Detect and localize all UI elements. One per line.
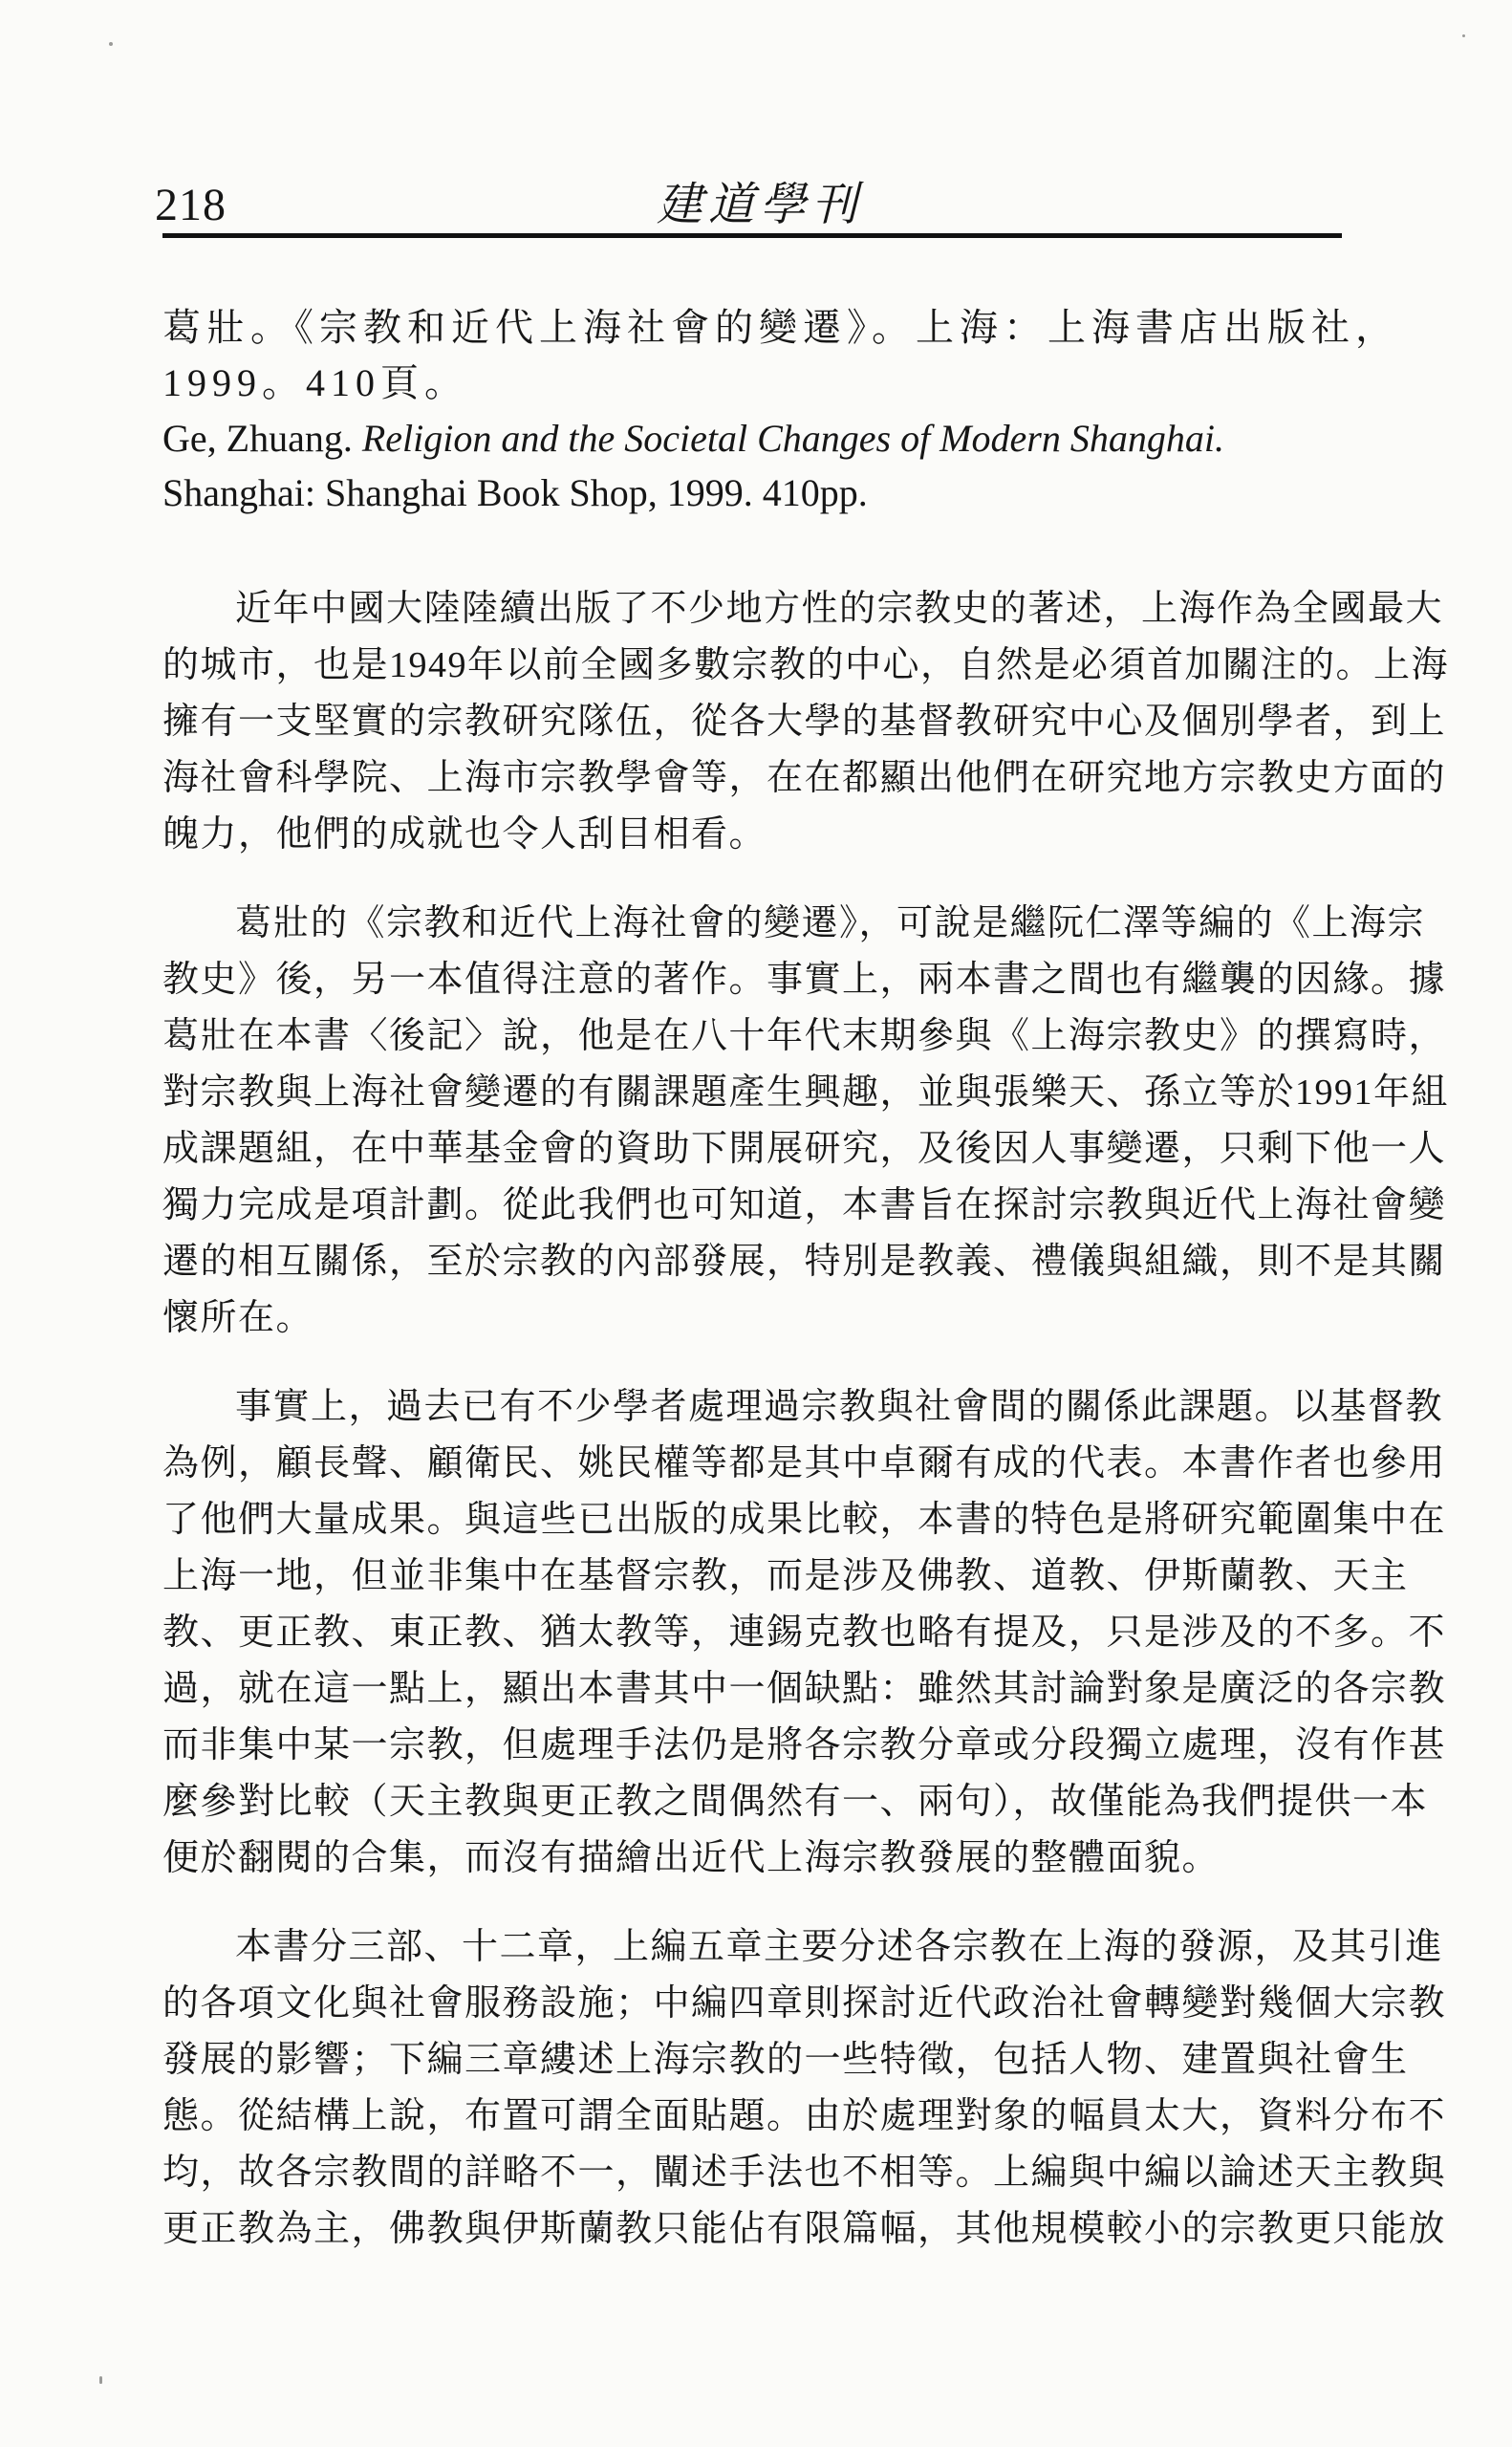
text-line: 事實上，過去已有不少學者處理過宗教與社會間的關係此課題。以基督教 (162, 1379, 1357, 1436)
text-line: 麼參對比較（天主教與更正教之間偶然有一、兩句），故僅能為我們提供一本 (162, 1774, 1357, 1830)
text-line: 的城市，也是1949年以前全國多數宗教的中心，自然是必須首加關注的。上海 (162, 638, 1357, 694)
text-line: 葛壯。《宗教和近代上海社會的變遷》。上海：上海書店出版社， (162, 300, 1357, 356)
text-line: 成課題組，在中華基金會的資助下開展研究，及後因人事變遷，只剩下他一人 (162, 1121, 1357, 1178)
text-line: 教、更正教、東正教、猶太教等，連錫克教也略有提及，只是涉及的不多。不 (162, 1605, 1357, 1661)
scan-artifact (99, 2376, 102, 2384)
text-line: 更正教為主，佛教與伊斯蘭教只能佔有限篇幅，其他規模較小的宗教更只能放 (162, 2201, 1357, 2258)
text-line: 魄力，他們的成就也令人刮目相看。 (162, 807, 1357, 863)
book-citation: 葛壯。《宗教和近代上海社會的變遷》。上海：上海書店出版社，1999。410頁。 … (162, 300, 1357, 520)
citation-author: Ge, Zhuang. (162, 417, 362, 460)
text-line: 均，故各宗教間的詳略不一，闡述手法也不相等。上編與中編以論述天主教與 (162, 2145, 1357, 2201)
text-line: 本書分三部、十二章，上編五章主要分述各宗教在上海的發源，及其引進 (162, 1919, 1357, 1976)
text-line: 海社會科學院、上海市宗教學會等，在在都顯出他們在研究地方宗教史方面的 (162, 750, 1357, 807)
citation-english-line2: Shanghai: Shanghai Book Shop, 1999. 410p… (162, 466, 1357, 520)
text-line: 便於翻閱的合集，而沒有描繪出近代上海宗教發展的整體面貌。 (162, 1830, 1357, 1887)
text-line: 發展的影響；下編三章縷述上海宗教的一些特徵，包括人物、建置與社會生 (162, 2032, 1357, 2089)
text-line: 過，就在這一點上，顯出本書其中一個缺點：雖然其討論對象是廣泛的各宗教 (162, 1661, 1357, 1718)
text-line: 葛壯的《宗教和近代上海社會的變遷》，可說是繼阮仁澤等編的《上海宗 (162, 896, 1357, 952)
text-line: 為例，顧長聲、顧衛民、姚民權等都是其中卓爾有成的代表。本書作者也參用 (162, 1436, 1357, 1492)
text-line: 的各項文化與社會服務設施；中編四章則探討近代政治社會轉變對幾個大宗教 (162, 1976, 1357, 2032)
text-line: 葛壯在本書〈後記〉說，他是在八十年代末期參與《上海宗教史》的撰寫時， (162, 1008, 1357, 1065)
review-paragraph-1: 近年中國大陸陸續出版了不少地方性的宗教史的著述，上海作為全國最大的城市，也是19… (162, 581, 1357, 863)
review-paragraph-4: 本書分三部、十二章，上編五章主要分述各宗教在上海的發源，及其引進的各項文化與社會… (162, 1919, 1357, 2258)
header-rule (162, 233, 1342, 238)
text-line: 擁有一支堅實的宗教研究隊伍，從各大學的基督教研究中心及個別學者，到上 (162, 694, 1357, 750)
review-body: 近年中國大陸陸續出版了不少地方性的宗教史的著述，上海作為全國最大的城市，也是19… (162, 581, 1357, 2290)
text-line: 獨力完成是項計劃。從此我們也可知道，本書旨在探討宗教與近代上海社會變 (162, 1178, 1357, 1234)
review-paragraph-3: 事實上，過去已有不少學者處理過宗教與社會間的關係此課題。以基督教為例，顧長聲、顧… (162, 1379, 1357, 1887)
citation-english: Ge, Zhuang. Religion and the Societal Ch… (162, 411, 1357, 520)
scan-artifact (1462, 34, 1465, 37)
text-line: 上海一地，但並非集中在基督宗教，而是涉及佛教、道教、伊斯蘭教、天主 (162, 1548, 1357, 1605)
scanned-journal-page: 218 建道學刊 葛壯。《宗教和近代上海社會的變遷》。上海：上海書店出版社，19… (0, 0, 1512, 2447)
text-line: 態。從結構上說，布置可謂全面貼題。由於處理對象的幅員太大，資料分布不 (162, 2089, 1357, 2145)
citation-english-line1: Ge, Zhuang. Religion and the Societal Ch… (162, 411, 1357, 466)
text-line: 了他們大量成果。與這些已出版的成果比較，本書的特色是將研究範圍集中在 (162, 1492, 1357, 1548)
text-line: 教史》後，另一本值得注意的著作。事實上，兩本書之間也有繼襲的因緣。據 (162, 952, 1357, 1008)
running-header: 218 建道學刊 (162, 180, 1357, 231)
text-line: 遷的相互關係，至於宗教的內部發展，特別是教義、禮儀與組織，則不是其關 (162, 1234, 1357, 1290)
text-line: 1999。410頁。 (162, 356, 1357, 411)
text-line: 對宗教與上海社會變遷的有關課題產生興趣，並與張樂天、孫立等於1991年組 (162, 1065, 1357, 1121)
text-line: 懷所在。 (162, 1290, 1357, 1347)
citation-book-title: Religion and the Societal Changes of Mod… (362, 417, 1224, 460)
review-paragraph-2: 葛壯的《宗教和近代上海社會的變遷》，可說是繼阮仁澤等編的《上海宗教史》後，另一本… (162, 896, 1357, 1347)
citation-chinese: 葛壯。《宗教和近代上海社會的變遷》。上海：上海書店出版社，1999。410頁。 (162, 300, 1357, 411)
text-line: 近年中國大陸陸續出版了不少地方性的宗教史的著述，上海作為全國最大 (162, 581, 1357, 638)
journal-title: 建道學刊 (162, 180, 1357, 231)
scan-artifact (109, 42, 113, 46)
text-line: 而非集中某一宗教，但處理手法仍是將各宗教分章或分段獨立處理，沒有作甚 (162, 1718, 1357, 1774)
